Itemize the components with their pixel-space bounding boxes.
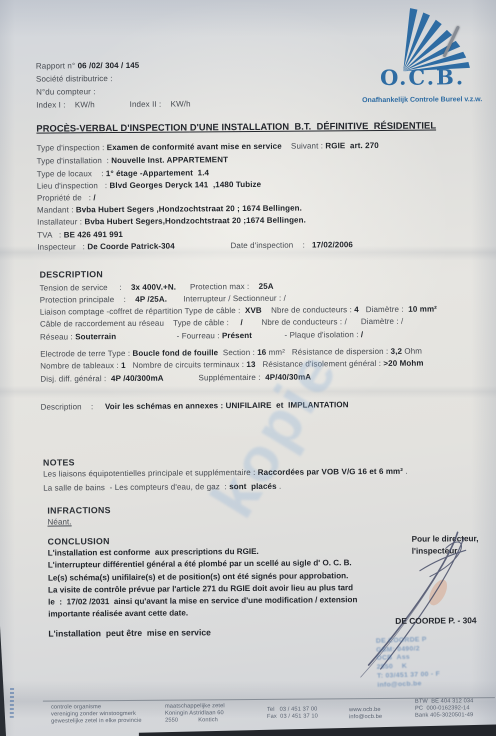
- conclusion-line: importante réalisée avant cette date.: [48, 607, 357, 622]
- info-row: Type de locaux : 1° étage -Appartement 1…: [37, 168, 209, 179]
- field-value: >20 Mohm: [383, 359, 423, 368]
- field-label: Rapport n°: [36, 61, 78, 70]
- info-row: Type d'inspection : Examen de conformité…: [37, 141, 379, 154]
- field-label: Liaison comptage -coffret de répartition…: [40, 306, 245, 317]
- field-label: TVA :: [37, 230, 64, 239]
- field-value: Bvba Hubert Segers,Hondzochtstraat 20 ;1…: [84, 216, 306, 227]
- notes-row: La salle de bains - Les compteurs d'eau,…: [43, 482, 281, 494]
- field-label: Nombre de tableaux :: [40, 361, 121, 371]
- field-value: /: [93, 193, 95, 202]
- description-row: Réseau : Souterrain - Fourreau : Présent…: [40, 330, 363, 343]
- field-label: Nbre de conducteurs : / Diamètre : /: [243, 317, 404, 327]
- field-label: .: [277, 482, 282, 491]
- infractions-value: Néant.: [47, 517, 71, 527]
- footer-line: 2550 Kontich: [165, 717, 225, 724]
- conclusion-heading: CONCLUSION: [48, 536, 110, 546]
- field-label: Inspecteur :: [37, 242, 87, 251]
- field-label: Type d'installation :: [37, 156, 112, 166]
- field-label: Protection principale :: [40, 295, 136, 305]
- field-label: N°du compteur :: [36, 87, 95, 96]
- footer-column-zetel: maatschappelijke zetelKoningin Astridlaa…: [165, 703, 225, 724]
- footer-column-organisme: controle organismevereniging zonder wins…: [51, 704, 142, 725]
- info-row: Type d'installation : Nouvelle Inst. APP…: [37, 155, 228, 167]
- field-value: 1° étage -Appartement 1.4: [106, 168, 209, 178]
- field-value: Bvba Hubert Segers ,Hondzochtstraat 20 ;…: [76, 204, 302, 215]
- footer-line: info@ocb.be: [349, 714, 382, 721]
- document-content: Rapport n° 06 /02/ 304 / 145 Société dis…: [0, 0, 496, 736]
- field-value: 06 /02/ 304 / 145: [78, 61, 140, 70]
- field-value: Souterrain: [75, 332, 116, 341]
- field-label: Type d'inspection :: [37, 143, 107, 153]
- info-row: Mandant : Bvba Hubert Segers ,Hondzochts…: [37, 204, 302, 216]
- field-label: Ohm: [402, 347, 422, 356]
- field-label: - Plaque d'isolation :: [252, 330, 361, 340]
- field-value: 25A: [259, 282, 274, 291]
- field-label: Description :: [41, 402, 105, 412]
- ocb-fan-icon: [389, 6, 484, 73]
- field-label: Mandant :: [37, 205, 76, 214]
- description-row: Liaison comptage -coffret de répartition…: [40, 305, 437, 318]
- field-label: La salle de bains - Les compteurs d'eau,…: [43, 482, 229, 492]
- field-value: sont placés: [229, 482, 277, 491]
- footer-line: Fax 03 / 451 37 10: [267, 713, 318, 720]
- info-row: Inspecteur : De Coorde Patrick-304 Date …: [37, 240, 353, 252]
- description-row: Electrode de terre Type : Boucle fond de…: [40, 347, 422, 360]
- field-label: Section :: [218, 348, 257, 357]
- field-label: Câble de raccordement au réseau Type de …: [40, 318, 241, 329]
- inspector-name: DE COORDE P. - 304: [395, 615, 476, 626]
- field-label: Nbre de conducteurs :: [262, 305, 355, 315]
- footer-line: Bank 405-3020501-49: [415, 712, 474, 719]
- footer-line: gewestelijke zetel in elke provincie: [51, 718, 142, 726]
- field-label: Diamètre :: [359, 305, 409, 314]
- societe-distributrice: Société distributrice :: [36, 74, 113, 85]
- field-label: Les liaisons équipotentielles principale…: [43, 468, 258, 479]
- footer-column-btw: BTW BE 404 312 034PC 000-0162392-14Bank …: [415, 698, 474, 719]
- field-label: Type de locaux :: [37, 169, 106, 179]
- footer-column-telefoon: Tel 03 / 451 37 00Fax 03 / 451 37 10: [267, 706, 318, 720]
- field-label: Supplémentaire :: [164, 373, 266, 383]
- field-label: Réseau :: [40, 332, 75, 341]
- field-value: Blvd Georges Deryck 141 ,1480 Tubize: [109, 180, 261, 190]
- field-value: Nouvelle Inst. APPARTEMENT: [111, 155, 228, 165]
- field-value: 17/02/2006: [312, 240, 353, 249]
- field-label: Propriété de :: [37, 193, 93, 202]
- rapport-number: Rapport n° 06 /02/ 304 / 145: [36, 61, 139, 72]
- field-label: Interrupteur / Sectionneur : /: [167, 294, 286, 304]
- field-label: - Fourreau :: [116, 331, 222, 341]
- field-value: BE 426 491 991: [64, 230, 123, 239]
- document-title: PROCÈS-VERBAL D'INSPECTION D'UNE INSTALL…: [36, 121, 436, 134]
- field-value: 16: [257, 348, 266, 357]
- field-value: 3x 400V.+N.: [131, 283, 176, 292]
- description-row: Câble de raccordement au réseau Type de …: [40, 317, 404, 330]
- release-statement: L'installation peut être mise en service: [48, 627, 211, 638]
- field-value: /: [361, 330, 363, 339]
- description-row: Tension de service : 3x 400V.+N. Protect…: [40, 282, 274, 294]
- field-label: Société distributrice :: [36, 74, 113, 84]
- footer-column-web: www.ocb.beinfo@ocb.be: [349, 707, 382, 721]
- conclusion-lines: L'installation est conforme aux prescrip…: [48, 545, 358, 621]
- field-value: RGIE art. 270: [325, 141, 379, 150]
- field-label: Lieu d'inspection :: [37, 181, 110, 191]
- ocb-acronym: O.C.B.: [380, 64, 465, 90]
- numero-compteur: N°du compteur :: [36, 87, 95, 97]
- field-label: Index I : KW/h Index II : KW/h: [36, 99, 190, 109]
- info-row: TVA : BE 426 491 991: [37, 230, 123, 241]
- field-value: 3,2: [391, 347, 402, 356]
- field-value: 13: [246, 360, 255, 369]
- field-label: Suivant :: [282, 141, 326, 150]
- notes-heading: NOTES: [43, 457, 75, 467]
- field-value: De Coorde Patrick-304: [87, 242, 175, 252]
- notes-row: Les liaisons équipotentielles principale…: [43, 467, 408, 480]
- field-value: 4P /40/300mA: [111, 374, 164, 383]
- field-value: Présent: [222, 331, 252, 340]
- field-value: 10 mm²: [408, 305, 437, 314]
- inspector-stamp: DE COORDE PGSM: 0490/2OCB Ass2550 KT: 03…: [376, 636, 441, 690]
- field-value: Examen de conformité avant mise en servi…: [107, 142, 282, 152]
- field-label: Tension de service :: [40, 283, 131, 293]
- field-label: Date d'inspection :: [175, 240, 312, 250]
- field-label: .: [403, 467, 408, 476]
- field-value: 4P /25A.: [135, 295, 167, 304]
- index-counters: Index I : KW/h Index II : KW/h: [36, 99, 190, 110]
- ocb-tagline: Onafhankelijk Controle Bureel v.z.w.: [354, 96, 490, 104]
- field-label: Installateur :: [37, 217, 84, 226]
- ocb-logo: O.C.B. Onafhankelijk Controle Bureel v.z…: [353, 4, 490, 117]
- description-row: Nombre de tableaux : 1 Nombre de circuit…: [40, 359, 423, 372]
- field-value: Boucle fond de fouille: [132, 348, 218, 358]
- field-label: Electrode de terre Type :: [40, 349, 132, 359]
- scanned-inspection-report: Rapport n° 06 /02/ 304 / 145 Société dis…: [0, 0, 496, 736]
- description-heading: DESCRIPTION: [40, 269, 103, 279]
- infractions-heading: INFRACTIONS: [47, 505, 110, 515]
- spine-code-mark: [10, 688, 14, 718]
- field-label: Nombre de circuits terminaux :: [126, 360, 247, 370]
- field-value: Raccordées par VOB V/G 16 et 6 mm²: [258, 467, 403, 477]
- info-row: Installateur : Bvba Hubert Segers,Hondzo…: [37, 216, 306, 228]
- info-row: Propriété de : /: [37, 193, 96, 203]
- description-row: Protection principale : 4P /25A. Interru…: [40, 294, 286, 306]
- info-row: Lieu d'inspection : Blvd Georges Deryck …: [37, 180, 261, 192]
- field-label: Disj. diff. général :: [40, 374, 111, 384]
- field-value: XVB: [245, 306, 262, 315]
- stamp-line: info@ocb.be: [377, 679, 440, 690]
- field-label: Protection max :: [176, 282, 259, 292]
